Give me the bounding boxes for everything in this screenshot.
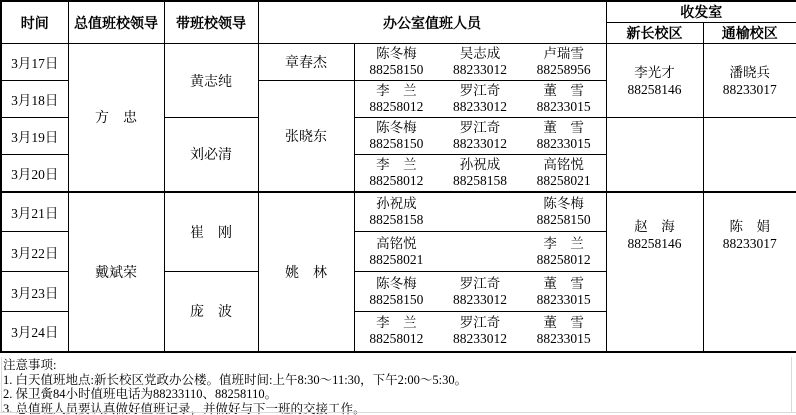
spreadsheet-gridline-bottom — [0, 412, 796, 413]
person-phone: 88233015 — [537, 136, 591, 152]
person-entry: 董 雪88233015 — [522, 120, 606, 152]
person-entry: 卢瑞雪88258956 — [522, 46, 606, 78]
person-name: 李 兰 — [543, 236, 584, 252]
person-phone: 88233012 — [453, 136, 507, 152]
person-phone: 88258021 — [369, 252, 423, 268]
mailroom-phone: 88258146 — [628, 82, 682, 97]
header-duty-leader: 带班校领导 — [164, 1, 258, 44]
personnel-grid: 李 兰88258012 孙祝成88258158 高铭悦88258021 — [355, 157, 606, 189]
personnel-grid: 高铭悦88258021 李 兰88258012 — [355, 236, 606, 268]
person-entry: 罗江奇88233012 — [438, 83, 522, 115]
mailroom-xinchang-cell-empty — [606, 118, 703, 192]
personnel-grid: 陈冬梅88258150 吴志成88233012 卢瑞雪88258956 — [355, 46, 606, 78]
office-lead-cell: 章春杰 — [258, 44, 354, 81]
duty-leader-cell: 庞 波 — [164, 272, 258, 352]
date-cell: 3月17日 — [1, 44, 68, 81]
person-phone: 88233012 — [453, 99, 507, 115]
table-row: 3月21日 戴斌荣 崔 刚 姚 林 孙祝成88258158 陈冬梅8825815… — [1, 192, 796, 232]
person-phone: 88258150 — [369, 136, 423, 152]
person-phone: 88258150 — [369, 292, 423, 308]
person-entry: 李 兰88258012 — [355, 315, 439, 347]
personnel-cell: 李 兰88258012 罗江奇88233012 董 雪88233015 — [354, 81, 606, 118]
person-phone: 88258021 — [537, 173, 591, 189]
note-item: 1. 白天值班地点:新长校区党政办公楼。值班时间:上午8:30～11:30，下午… — [3, 373, 796, 388]
person-name: 卢瑞雪 — [543, 46, 584, 62]
person-name: 罗江奇 — [460, 276, 501, 292]
header-time: 时间 — [1, 1, 68, 44]
personnel-grid: 李 兰88258012 罗江奇88233012 董 雪88233015 — [355, 315, 606, 347]
person-phone: 88233012 — [453, 62, 507, 78]
date-cell: 3月20日 — [1, 155, 68, 192]
person-entry: 孙祝成88258158 — [355, 196, 439, 228]
person-entry: 陈冬梅88258150 — [355, 120, 439, 152]
duty-roster-table: 时间 总值班校领导 带班校领导 办公室值班人员 收发室 新长校区 通榆校区 3月… — [0, 0, 796, 353]
office-lead-cell: 姚 林 — [258, 192, 354, 352]
person-entry-empty — [438, 236, 522, 268]
person-phone: 88258150 — [369, 62, 423, 78]
personnel-cell: 陈冬梅88258150 吴志成88233012 卢瑞雪88258956 — [354, 44, 606, 81]
mailroom-name: 赵 海 — [634, 219, 675, 234]
personnel-grid: 孙祝成88258158 陈冬梅88258150 — [355, 196, 606, 228]
personnel-grid: 陈冬梅88258150 罗江奇88233012 董 雪88233015 — [355, 120, 606, 152]
person-name: 董 雪 — [543, 120, 584, 136]
person-phone: 88258012 — [369, 331, 423, 347]
person-name: 董 雪 — [543, 315, 584, 331]
mailroom-name: 李光才 — [634, 65, 675, 80]
person-phone: 88233012 — [453, 331, 507, 347]
chief-leader-cell: 戴斌荣 — [68, 192, 164, 352]
person-name: 陈冬梅 — [376, 120, 417, 136]
person-phone: 88233015 — [537, 99, 591, 115]
mailroom-entry: 赵 海88258146 — [607, 193, 703, 252]
person-entry: 李 兰88258012 — [522, 236, 606, 268]
mailroom-tongyu-cell: 陈 娟88233017 — [703, 192, 796, 352]
personnel-grid: 李 兰88258012 罗江奇88233012 董 雪88233015 — [355, 83, 606, 115]
date-cell: 3月24日 — [1, 312, 68, 352]
header-campus-tongyu: 通榆校区 — [703, 23, 796, 44]
mailroom-name: 陈 娟 — [730, 219, 771, 234]
person-name: 罗江奇 — [460, 83, 501, 99]
person-name: 吴志成 — [460, 46, 501, 62]
person-entry: 陈冬梅88258150 — [355, 276, 439, 308]
person-entry: 罗江奇88233012 — [438, 276, 522, 308]
duty-roster-sheet: 时间 总值班校领导 带班校领导 办公室值班人员 收发室 新长校区 通榆校区 3月… — [0, 0, 796, 415]
person-name: 李 兰 — [376, 157, 417, 173]
person-entry: 董 雪88233015 — [522, 315, 606, 347]
date-cell: 3月19日 — [1, 118, 68, 155]
person-name: 李 兰 — [376, 83, 417, 99]
chief-leader-cell: 方 忠 — [68, 44, 164, 192]
person-entry: 罗江奇88233012 — [438, 315, 522, 347]
personnel-cell: 孙祝成88258158 陈冬梅88258150 — [354, 192, 606, 232]
spreadsheet-gridline-left — [1, 357, 2, 413]
person-entry: 董 雪88233015 — [522, 276, 606, 308]
person-name: 陈冬梅 — [543, 196, 584, 212]
person-name: 孙祝成 — [460, 157, 501, 173]
personnel-cell: 李 兰88258012 孙祝成88258158 高铭悦88258021 — [354, 155, 606, 192]
person-phone: 88233015 — [537, 292, 591, 308]
person-name: 高铭悦 — [543, 157, 584, 173]
date-cell: 3月22日 — [1, 232, 68, 272]
person-phone: 88258956 — [537, 62, 591, 78]
mailroom-entry: 陈 娟88233017 — [704, 193, 796, 252]
person-entry: 吴志成88233012 — [438, 46, 522, 78]
person-name: 董 雪 — [543, 276, 584, 292]
table-row: 3月17日 方 忠 黄志纯 章春杰 陈冬梅88258150 吴志成8823301… — [1, 44, 796, 81]
date-cell: 3月23日 — [1, 272, 68, 312]
mailroom-tongyu-cell-empty — [703, 118, 796, 192]
person-phone: 88258150 — [537, 212, 591, 228]
person-name: 罗江奇 — [460, 315, 501, 331]
person-entry: 陈冬梅88258150 — [522, 196, 606, 228]
person-name: 罗江奇 — [460, 120, 501, 136]
person-phone: 88258012 — [369, 173, 423, 189]
header-office-staff: 办公室值班人员 — [258, 1, 606, 44]
person-entry: 李 兰88258012 — [355, 83, 439, 115]
notes-section: 注意事项: 1. 白天值班地点:新长校区党政办公楼。值班时间:上午8:30～11… — [0, 357, 796, 415]
office-lead-cell: 张晓东 — [258, 81, 354, 192]
person-phone: 88233015 — [537, 331, 591, 347]
mailroom-phone: 88233017 — [723, 236, 777, 251]
person-phone: 88258158 — [369, 212, 423, 228]
personnel-cell: 陈冬梅88258150 罗江奇88233012 董 雪88233015 — [354, 272, 606, 312]
mailroom-xinchang-cell: 李光才88258146 — [606, 44, 703, 118]
notes-title: 注意事项: — [3, 358, 796, 373]
mailroom-xinchang-cell: 赵 海88258146 — [606, 192, 703, 352]
personnel-cell: 陈冬梅88258150 罗江奇88233012 董 雪88233015 — [354, 118, 606, 155]
person-entry: 罗江奇88233012 — [438, 120, 522, 152]
person-name: 孙祝成 — [376, 196, 417, 212]
date-cell: 3月18日 — [1, 81, 68, 118]
person-name: 高铭悦 — [376, 236, 417, 252]
date-cell: 3月21日 — [1, 192, 68, 232]
duty-leader-cell: 刘必清 — [164, 118, 258, 192]
header-campus-xinchang: 新长校区 — [606, 23, 703, 44]
duty-leader-cell: 崔 刚 — [164, 192, 258, 272]
person-name: 董 雪 — [543, 83, 584, 99]
personnel-cell: 高铭悦88258021 李 兰88258012 — [354, 232, 606, 272]
note-item: 2. 保卫夤84小时值班电话为88233110、88258110。 — [3, 387, 796, 402]
person-phone: 88233012 — [453, 292, 507, 308]
person-entry: 李 兰88258012 — [355, 157, 439, 189]
header-chief-leader: 总值班校领导 — [68, 1, 164, 44]
mailroom-entry: 潘晓兵88233017 — [704, 64, 796, 98]
person-entry: 高铭悦88258021 — [522, 157, 606, 189]
mailroom-entry: 李光才88258146 — [607, 64, 703, 98]
person-entry: 高铭悦88258021 — [355, 236, 439, 268]
header-mailroom: 收发室 — [606, 1, 796, 23]
person-name: 陈冬梅 — [376, 276, 417, 292]
person-entry: 陈冬梅88258150 — [355, 46, 439, 78]
personnel-grid: 陈冬梅88258150 罗江奇88233012 董 雪88233015 — [355, 276, 606, 308]
mailroom-phone: 88233017 — [723, 82, 777, 97]
duty-leader-cell: 黄志纯 — [164, 44, 258, 118]
personnel-cell: 李 兰88258012 罗江奇88233012 董 雪88233015 — [354, 312, 606, 352]
person-name: 李 兰 — [376, 315, 417, 331]
person-entry: 孙祝成88258158 — [438, 157, 522, 189]
mailroom-phone: 88258146 — [628, 236, 682, 251]
person-phone: 88258012 — [537, 252, 591, 268]
person-entry: 董 雪88233015 — [522, 83, 606, 115]
spreadsheet-gridline-right — [791, 357, 792, 413]
person-entry-empty — [438, 196, 522, 228]
person-phone: 88258158 — [453, 173, 507, 189]
person-name: 陈冬梅 — [376, 46, 417, 62]
mailroom-tongyu-cell: 潘晓兵88233017 — [703, 44, 796, 118]
mailroom-name: 潘晓兵 — [730, 65, 771, 80]
person-phone: 88258012 — [369, 99, 423, 115]
